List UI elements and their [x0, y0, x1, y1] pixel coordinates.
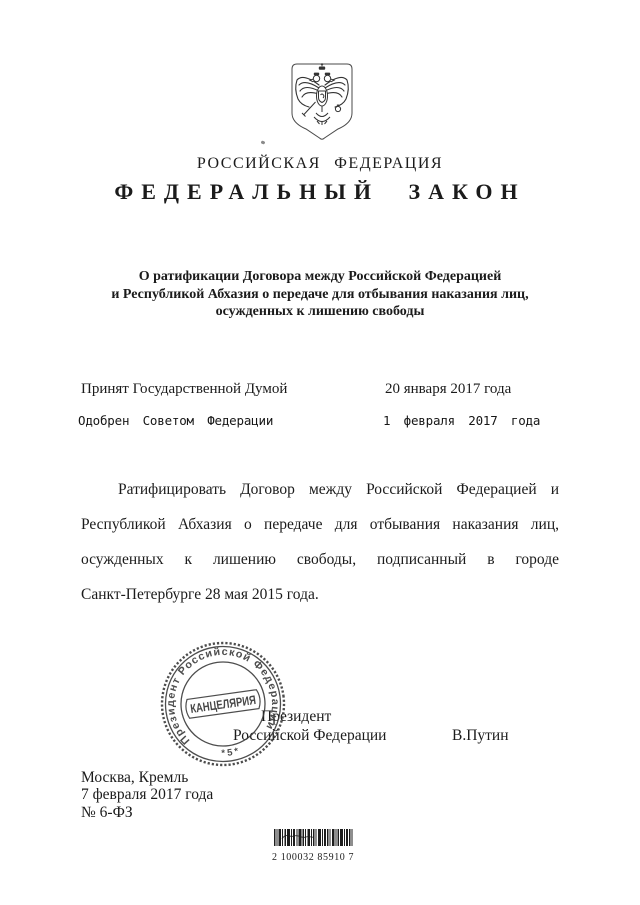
- law-title-line-1: О ратификации Договора между Российской …: [0, 268, 640, 286]
- svg-text:Президент Российской Федерации: Президент Российской Федерации: [157, 638, 285, 748]
- law-title-line-3: осужденных к лишению свободы: [0, 303, 640, 321]
- country-heading: РОССИЙСКАЯ ФЕДЕРАЦИЯ: [0, 155, 640, 173]
- stamp-bottom-text: * 5 *: [220, 745, 241, 759]
- federation-council-approval-date: 1 февраля 2017 года: [383, 413, 540, 428]
- signature-name: В.Путин: [452, 727, 509, 745]
- russian-coat-of-arms-icon: [287, 62, 357, 144]
- barcode-bars: [274, 829, 354, 846]
- federation-council-approval-label: Одобрен Советом Федерации: [78, 413, 273, 428]
- law-title-line-2: и Республикой Абхазия о передаче для отб…: [0, 286, 640, 304]
- scan-speck: [261, 140, 266, 144]
- duma-adoption-label: Принят Государственной Думой: [81, 381, 287, 398]
- footer-place: Москва, Кремль: [81, 769, 213, 786]
- svg-text:* 5 *: * 5 *: [220, 745, 241, 759]
- body-line: Ратифицировать Договор между Российской …: [81, 472, 559, 507]
- duma-adoption-date: 20 января 2017 года: [385, 381, 511, 398]
- barcode: 2 100032 85910 7: [270, 829, 360, 863]
- body-line: осужденных к лишению свободы, подписанны…: [81, 542, 559, 577]
- law-title: О ратификации Договора между Российской …: [0, 268, 640, 321]
- footer-number: № 6-ФЗ: [81, 804, 213, 821]
- law-body-paragraph: Ратифицировать Договор между Российской …: [81, 472, 559, 612]
- barcode-digits: 2 100032 85910 7: [270, 852, 360, 863]
- footer-date: 7 февраля 2017 года: [81, 786, 213, 803]
- footer-block: Москва, Кремль 7 февраля 2017 года № 6-Ф…: [81, 769, 213, 821]
- chancellery-stamp: Президент Российской Федерации * 5 * КАН…: [148, 629, 297, 778]
- scanned-law-document: РОССИЙСКАЯ ФЕДЕРАЦИЯ ФЕДЕРАЛЬНЫЙ ЗАКОН О…: [0, 0, 640, 905]
- stamp-ring-text: Президент Российской Федерации: [157, 638, 285, 748]
- document-type-heading: ФЕДЕРАЛЬНЫЙ ЗАКОН: [0, 179, 640, 205]
- body-line: Республикой Абхазия о передаче для отбыв…: [81, 507, 559, 542]
- body-line: Санкт-Петербурге 28 мая 2015 года.: [81, 577, 559, 612]
